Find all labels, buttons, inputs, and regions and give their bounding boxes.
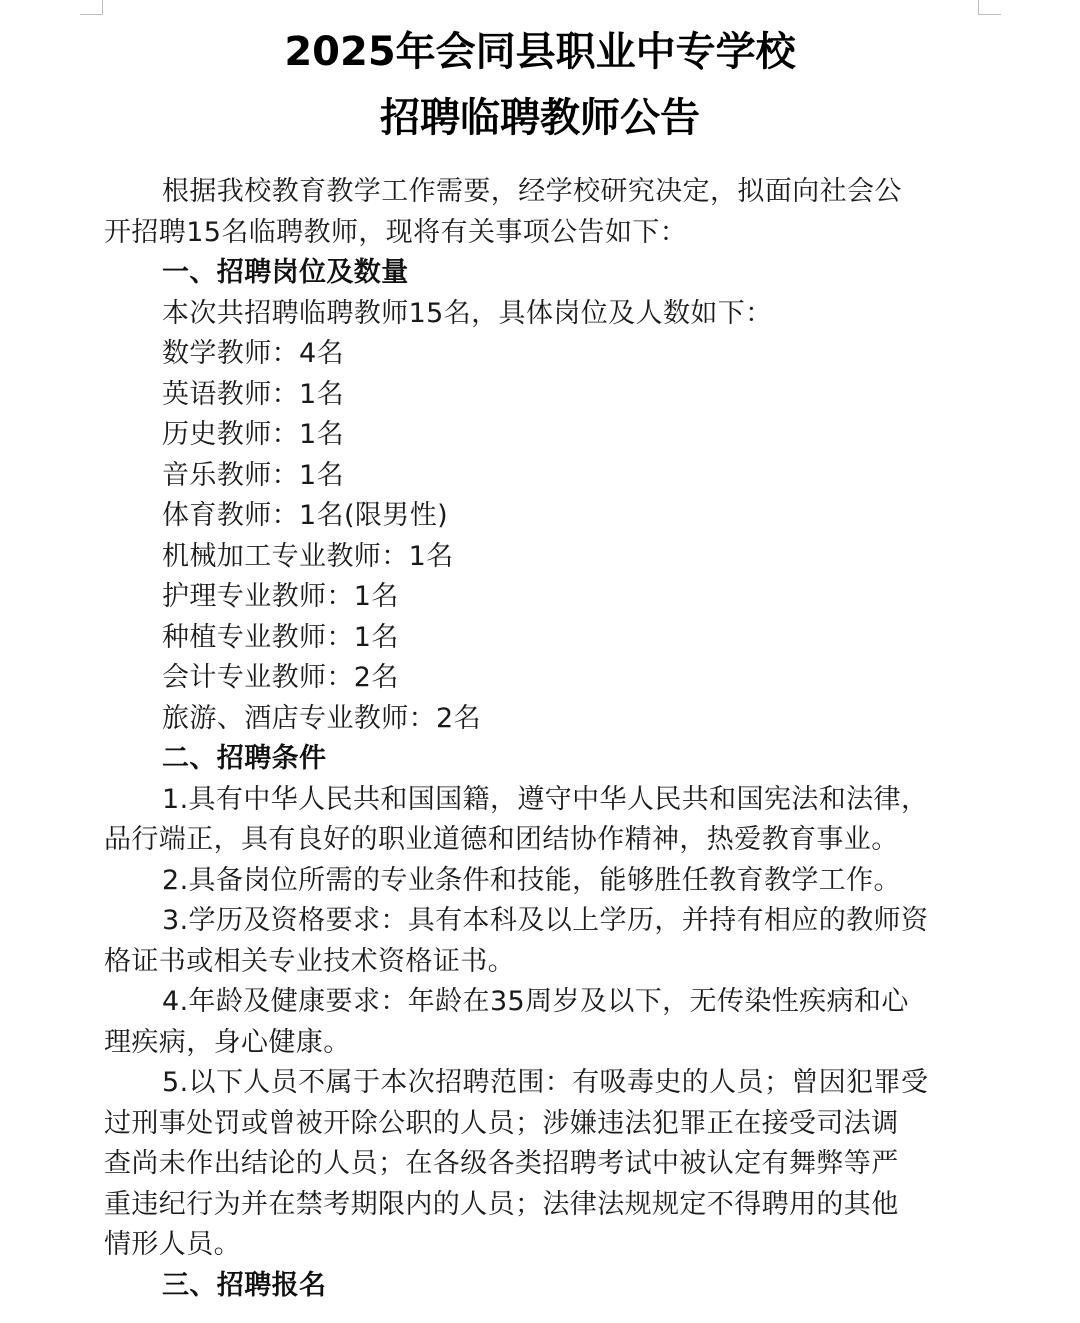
positions-summary: 本次共招聘临聘教师15名，具体岗位及人数如下： — [104, 294, 980, 335]
position-item: 种植专业教师：1名 — [104, 618, 980, 659]
requirement-line: 5.以下人员不属于本次招聘范围：有吸毒史的人员；曾因犯罪受 — [104, 1063, 980, 1104]
requirement-line: 格证书或相关专业技术资格证书。 — [104, 942, 980, 983]
document-title-line-1: 2025年会同县职业中专学校 — [0, 20, 1080, 77]
requirement-line: 查尚未作出结论的人员；在各级各类招聘考试中被认定有舞弊等严 — [104, 1144, 980, 1185]
intro-line: 根据我校教育教学工作需要，经学校研究决定，拟面向社会公 — [104, 172, 980, 213]
document-body: 根据我校教育教学工作需要，经学校研究决定，拟面向社会公 开招聘15名临聘教师，现… — [104, 172, 980, 1306]
position-item: 会计专业教师：2名 — [104, 658, 980, 699]
page-corner-mark-left — [80, 0, 103, 15]
position-item: 数学教师：4名 — [104, 334, 980, 375]
position-item: 机械加工专业教师：1名 — [104, 537, 980, 578]
section-heading-positions: 一、招聘岗位及数量 — [104, 253, 980, 294]
position-item: 体育教师：1名(限男性) — [104, 496, 980, 537]
position-item: 旅游、酒店专业教师：2名 — [104, 699, 980, 740]
position-item: 音乐教师：1名 — [104, 456, 980, 497]
requirement-line: 重违纪行为并在禁考期限内的人员；法律法规规定不得聘用的其他 — [104, 1185, 980, 1226]
requirement-line: 4.年龄及健康要求：年龄在35周岁及以下，无传染性疾病和心 — [104, 982, 980, 1023]
section-heading-registration: 三、招聘报名 — [104, 1266, 980, 1307]
requirement-line: 3.学历及资格要求：具有本科及以上学历，并持有相应的教师资 — [104, 901, 980, 942]
position-item: 历史教师：1名 — [104, 415, 980, 456]
document-title-line-2: 招聘临聘教师公告 — [0, 86, 1080, 143]
position-item: 英语教师：1名 — [104, 375, 980, 416]
position-item: 护理专业教师：1名 — [104, 577, 980, 618]
section-heading-requirements: 二、招聘条件 — [104, 739, 980, 780]
requirement-line: 2.具备岗位所需的专业条件和技能，能够胜任教育教学工作。 — [104, 861, 980, 902]
page-corner-mark-right — [978, 0, 1001, 15]
requirement-line: 过刑事处罚或曾被开除公职的人员；涉嫌违法犯罪正在接受司法调 — [104, 1104, 980, 1145]
requirement-line: 1.具有中华人民共和国国籍，遵守中华人民共和国宪法和法律， — [104, 780, 980, 821]
intro-line: 开招聘15名临聘教师，现将有关事项公告如下： — [104, 213, 980, 254]
requirement-line: 理疾病，身心健康。 — [104, 1023, 980, 1064]
requirement-line: 情形人员。 — [104, 1225, 980, 1266]
requirement-line: 品行端正，具有良好的职业道德和团结协作精神，热爱教育事业。 — [104, 820, 980, 861]
